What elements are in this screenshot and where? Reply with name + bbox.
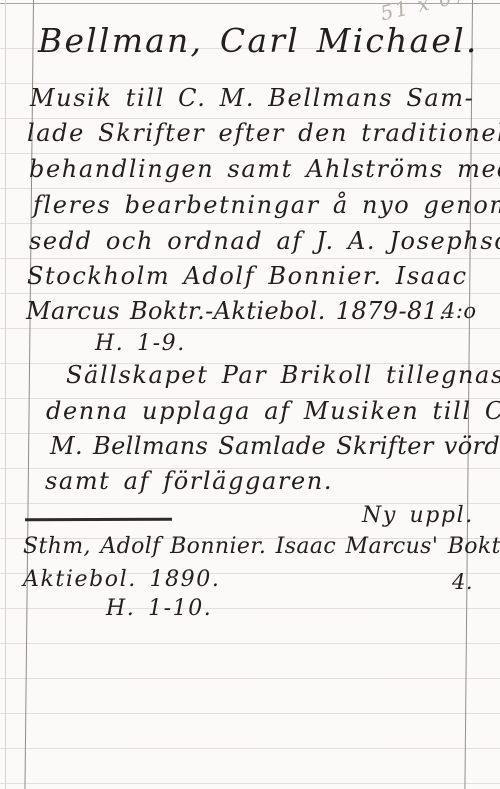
entry1-imprint-line: Stockholm Adolf Bonnier. Isaac [27, 264, 468, 288]
entry1-parts-held: H. 1-9. [95, 333, 186, 355]
entry2-imprint-line: Sthm, Adolf Bonnier. Isaac Marcus' Boktr… [23, 536, 500, 558]
entry1-format-mark: 4:o [442, 301, 477, 322]
entry1-title-line: fleres bearbetningar å nyo genom- [33, 193, 500, 217]
entry1-dedication-line: Sällskapet Par Brikoll tillegnas [66, 363, 500, 387]
catalog-card-page: 51 x 07 Bellman, Carl Michael. Musik til… [0, 0, 500, 789]
left-outer-margin-line [5, 0, 6, 789]
entry1-dedication-line: samt af förläggaren. [45, 469, 333, 493]
entry1-imprint-line: Marcus Boktr.-Aktiebol. 1879-81. [26, 299, 446, 323]
entry1-dedication-line: M. Bellmans Samlade Skrifter vörd- [50, 434, 500, 458]
entry2-imprint-line: Aktiebol. 1890. [23, 569, 220, 591]
entry2-format-mark: 4. [452, 572, 473, 593]
entry1-title-line: lade Skrifter efter den traditionella [27, 121, 500, 145]
entry1-title-line: behandlingen samt Ahlströms med [29, 157, 500, 181]
entry-divider-rule [25, 518, 172, 521]
entry2-edition-note: Ny uppl. [362, 505, 474, 527]
entry1-dedication-line: denna upplaga af Musiken till C. [46, 399, 500, 423]
entry-heading-author: Bellman, Carl Michael. [38, 24, 479, 57]
entry1-title-line: sedd och ordnad af J. A. Josephson. [29, 229, 500, 253]
entry1-title-line: Musik till C. M. Bellmans Sam- [30, 86, 474, 110]
entry2-parts-held: H. 1-10. [106, 598, 212, 620]
